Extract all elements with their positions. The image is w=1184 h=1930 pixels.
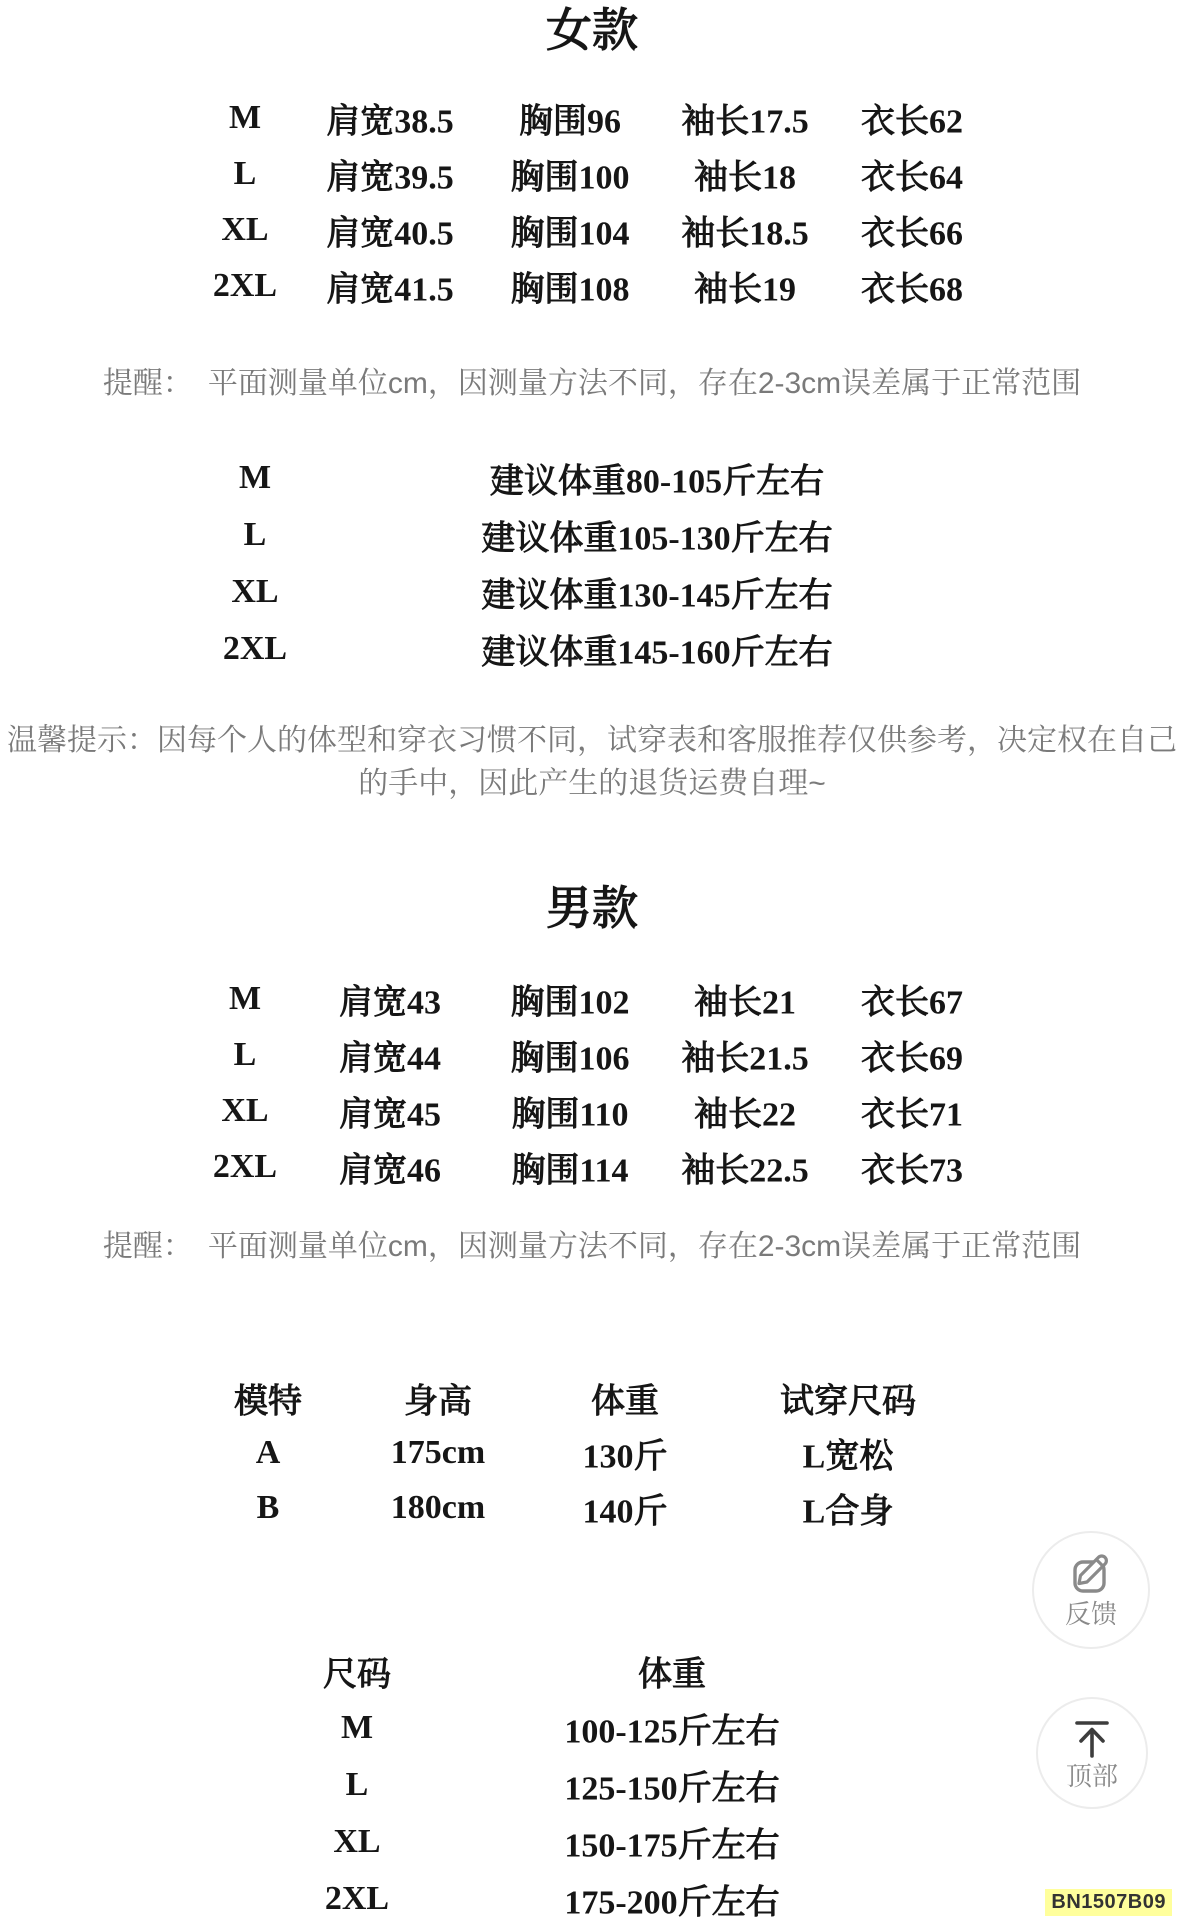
weight-cell: 150-175斤左右 [564,1817,779,1866]
table-row: 2XL 肩宽41.5 胸围108 袖长19 衣长68 [0,258,1184,314]
length-cell: 衣长67 [861,975,963,1024]
sleeve-cell: 袖长22 [694,1087,796,1136]
sleeve-cell: 袖长18 [694,150,796,199]
size-header: 尺码 [323,1646,391,1695]
shoulder-cell: 肩宽41.5 [326,262,454,311]
back-to-top-label: 顶部 [1066,1761,1118,1791]
size-cell: M [239,459,271,497]
size-cell: M [229,980,261,1018]
chest-cell: 胸围96 [519,94,621,143]
table-row: XL 肩宽40.5 胸围104 袖长18.5 衣长66 [0,202,1184,258]
table-row: 2XL 175-200斤左右 [0,1870,1184,1927]
chest-cell: 胸围104 [511,206,630,255]
table-row: M 100-125斤左右 [0,1699,1184,1756]
table-row: L 肩宽39.5 胸围100 袖长18 衣长64 [0,146,1184,202]
size-cell: XL [231,573,278,611]
chest-cell: 胸围102 [511,975,630,1024]
back-to-top-button[interactable]: 顶部 [1036,1697,1148,1809]
women-weight-advice-table: M 建议体重80-105斤左右 L 建议体重105-130斤左右 XL 建议体重… [0,449,1184,677]
shoulder-cell: 肩宽40.5 [326,206,454,255]
feedback-button[interactable]: 反馈 [1032,1531,1150,1649]
length-cell: 衣长69 [861,1031,963,1080]
table-row: A 175cm 130斤 L宽松 [0,1425,1184,1480]
shoulder-cell: 肩宽46 [339,1143,441,1192]
sku-badge: BN1507B09 [1045,1889,1172,1916]
table-row: XL 建议体重130-145斤左右 [0,563,1184,620]
size-cell: L [234,155,257,193]
model-cell: B [257,1489,280,1527]
sleeve-cell: 袖长18.5 [681,206,809,255]
tryon-header: 试穿尺码 [780,1373,916,1422]
weight-cell: 140斤 [583,1483,668,1532]
women-measure-note: 提醒： 平面测量单位cm，因测量方法不同，存在2-3cm误差属于正常范围 [0,362,1184,405]
table-row: L 肩宽44 胸围106 袖长21.5 衣长69 [0,1027,1184,1083]
chest-cell: 胸围110 [511,1087,628,1136]
women-size-table: M 肩宽38.5 胸围96 袖长17.5 衣长62 L 肩宽39.5 胸围100… [0,90,1184,314]
shoulder-cell: 肩宽44 [339,1031,441,1080]
sleeve-cell: 袖长17.5 [681,94,809,143]
weight-header: 体重 [638,1646,706,1695]
chest-cell: 胸围106 [511,1031,630,1080]
size-cell: M [229,99,261,137]
size-cell: 2XL [325,1880,389,1918]
arrow-up-to-bar-icon [1070,1716,1114,1760]
tryon-cell: L合身 [803,1483,894,1532]
size-cell: L [346,1766,369,1804]
size-chart-page: 女款 M 肩宽38.5 胸围96 袖长17.5 衣长62 L 肩宽39.5 胸围… [0,0,1184,1930]
chest-cell: 胸围100 [511,150,630,199]
table-row: M 肩宽43 胸围102 袖长21 衣长67 [0,971,1184,1027]
length-cell: 衣长71 [861,1087,963,1136]
length-cell: 衣长68 [861,262,963,311]
men-section-title: 男款 [0,884,1184,932]
table-row: 2XL 肩宽46 胸围114 袖长22.5 衣长73 [0,1139,1184,1195]
size-weight-table: 尺码 体重 M 100-125斤左右 L 125-150斤左右 XL 150-1… [0,1642,1184,1927]
advice-cell: 建议体重145-160斤左右 [481,624,832,673]
warm-tip-line1: 温馨提示：因每个人的体型和穿衣习惯不同，试穿表和客服推荐仅供参考，决定权在自己 [0,719,1184,762]
length-cell: 衣长64 [861,150,963,199]
weight-cell: 175-200斤左右 [564,1874,779,1923]
shoulder-cell: 肩宽45 [339,1087,441,1136]
model-header: 模特 [234,1373,302,1422]
size-cell: L [234,1036,257,1074]
chest-cell: 胸围108 [511,262,630,311]
size-cell: 2XL [213,1148,277,1186]
height-header: 身高 [404,1373,472,1422]
men-measure-note: 提醒： 平面测量单位cm，因测量方法不同，存在2-3cm误差属于正常范围 [0,1225,1184,1268]
size-cell: XL [221,211,268,249]
size-cell: XL [333,1823,380,1861]
size-cell: 2XL [223,630,287,668]
sleeve-cell: 袖长19 [694,262,796,311]
length-cell: 衣长73 [861,1143,963,1192]
model-cell: A [256,1434,281,1472]
size-cell: M [341,1709,373,1747]
size-cell: L [244,516,267,554]
tryon-cell: L宽松 [803,1428,894,1477]
women-section-title: 女款 [0,6,1184,54]
advice-cell: 建议体重105-130斤左右 [481,510,832,559]
table-row: B 180cm 140斤 L合身 [0,1480,1184,1535]
weight-cell: 125-150斤左右 [564,1760,779,1809]
shoulder-cell: 肩宽39.5 [326,150,454,199]
chest-cell: 胸围114 [511,1143,628,1192]
table-row: 2XL 建议体重145-160斤左右 [0,620,1184,677]
edit-icon [1068,1552,1114,1598]
height-cell: 180cm [391,1489,485,1527]
weight-cell: 130斤 [583,1428,668,1477]
advice-cell: 建议体重80-105斤左右 [490,453,824,502]
advice-cell: 建议体重130-145斤左右 [481,567,832,616]
shoulder-cell: 肩宽38.5 [326,94,454,143]
weight-cell: 100-125斤左右 [564,1703,779,1752]
height-cell: 175cm [391,1434,485,1472]
weight-header: 体重 [591,1373,659,1422]
warm-tip-note: 温馨提示：因每个人的体型和穿衣习惯不同，试穿表和客服推荐仅供参考，决定权在自己 … [0,719,1184,805]
size-cell: XL [221,1092,268,1130]
sleeve-cell: 袖长21 [694,975,796,1024]
feedback-label: 反馈 [1065,1599,1117,1629]
table-row: XL 肩宽45 胸围110 袖长22 衣长71 [0,1083,1184,1139]
warm-tip-line2: 的手中，因此产生的退货运费自理~ [0,762,1184,805]
men-size-table: M 肩宽43 胸围102 袖长21 衣长67 L 肩宽44 胸围106 袖长21… [0,971,1184,1195]
table-header-row: 模特 身高 体重 试穿尺码 [0,1370,1184,1425]
table-header-row: 尺码 体重 [0,1642,1184,1699]
table-row: XL 150-175斤左右 [0,1813,1184,1870]
table-row: M 肩宽38.5 胸围96 袖长17.5 衣长62 [0,90,1184,146]
length-cell: 衣长66 [861,206,963,255]
table-row: L 建议体重105-130斤左右 [0,506,1184,563]
shoulder-cell: 肩宽43 [339,975,441,1024]
table-row: L 125-150斤左右 [0,1756,1184,1813]
table-row: M 建议体重80-105斤左右 [0,449,1184,506]
size-cell: 2XL [213,267,277,305]
length-cell: 衣长62 [861,94,963,143]
sleeve-cell: 袖长22.5 [681,1143,809,1192]
model-table: 模特 身高 体重 试穿尺码 A 175cm 130斤 L宽松 B 180cm 1… [0,1370,1184,1535]
sleeve-cell: 袖长21.5 [681,1031,809,1080]
